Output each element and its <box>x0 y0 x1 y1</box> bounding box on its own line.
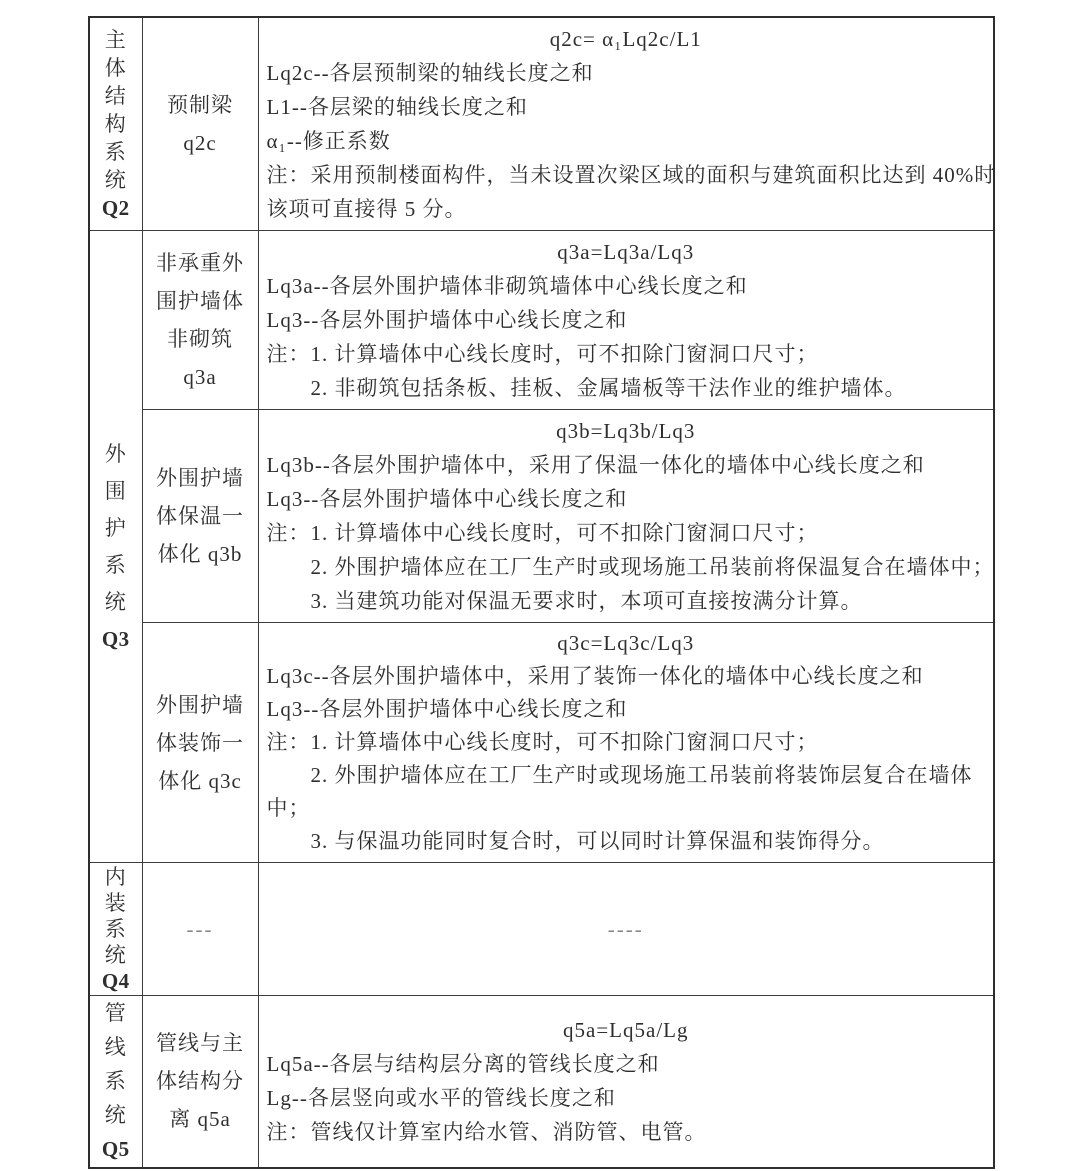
text-line: Q2 <box>90 194 142 222</box>
text-line: 构 <box>90 110 142 138</box>
cell-item-q3b: 外围护墙体保温一体化 q3b <box>142 410 258 623</box>
text-line: 体化 q3b <box>143 535 258 573</box>
cell-category-q3: 外围护系统Q3 <box>89 231 142 863</box>
text-line: 系 <box>90 138 142 166</box>
text-line: 注：1. 计算墙体中心线长度时，可不扣除门窗洞口尺寸； <box>267 726 986 759</box>
content-text-q5a: q5a=Lq5a/LgLq5a--各层与结构层分离的管线长度之和Lg--各层竖向… <box>267 1013 986 1149</box>
text-line: Lq3--各层外围护墙体中心线长度之和 <box>267 303 986 337</box>
text-line: 非砌筑 <box>143 320 258 358</box>
text-line: 统 <box>90 942 142 968</box>
cell-item-q3c: 外围护墙体装饰一体化 q3c <box>142 623 258 863</box>
table-row-q2c: 主体结构系统Q2 预制梁q2c q2c= α₁Lq2c/L1Lq2c--各层预制… <box>89 17 994 231</box>
text-line: 2. 外围护墙体应在工厂生产时或现场施工吊装前将保温复合在墙体中； <box>267 550 986 584</box>
content-text-q2c: q2c= α₁Lq2c/L1Lq2c--各层预制梁的轴线长度之和L1--各层梁的… <box>267 22 986 226</box>
text-line: q2c <box>143 124 258 162</box>
text-line: 该项可直接得 5 分。 <box>267 192 986 226</box>
text-line: 3. 与保温功能同时复合时，可以同时计算保温和装饰得分。 <box>267 825 986 858</box>
text-line: 3. 当建筑功能对保温无要求时，本项可直接按满分计算。 <box>267 584 986 618</box>
table-row-q3a: 外围护系统Q3 非承重外围护墙体非砌筑q3a q3a=Lq3a/Lq3Lq3a-… <box>89 231 994 410</box>
text-line: Lq3b--各层外围护墙体中，采用了保温一体化的墙体中心线长度之和 <box>267 448 986 482</box>
table-row-q4: 内装系统Q4 --- ---- <box>89 863 994 996</box>
text-line: 2. 非砌筑包括条板、挂板、金属墙板等干法作业的维护墙体。 <box>267 371 986 405</box>
cell-category-q5: 管线系统Q5 <box>89 996 142 1168</box>
cell-item-q4: --- <box>142 863 258 996</box>
content-text-q3b: q3b=Lq3b/Lq3Lq3b--各层外围护墙体中，采用了保温一体化的墙体中心… <box>267 414 986 618</box>
table-row-q3c: 外围护墙体装饰一体化 q3c q3c=Lq3c/Lq3Lq3c--各层外围护墙体… <box>89 623 994 863</box>
table-row-q5a: 管线系统Q5 管线与主体结构分离 q5a q5a=Lq5a/LgLq5a--各层… <box>89 996 994 1168</box>
cell-content-q5a: q5a=Lq5a/LgLq5a--各层与结构层分离的管线长度之和Lg--各层竖向… <box>258 996 994 1168</box>
cell-content-q3b: q3b=Lq3b/Lq3Lq3b--各层外围护墙体中，采用了保温一体化的墙体中心… <box>258 410 994 623</box>
text-line: q3c=Lq3c/Lq3 <box>267 627 986 660</box>
text-line: 体保温一 <box>143 497 258 535</box>
text-line: 管线与主 <box>143 1024 258 1062</box>
text-line: 体结构分 <box>143 1062 258 1100</box>
text-line: --- <box>143 910 258 948</box>
text-line: Lq3--各层外围护墙体中心线长度之和 <box>267 693 986 726</box>
text-line: 线 <box>90 1030 142 1064</box>
text-line: q2c= α₁Lq2c/L1 <box>267 22 986 56</box>
text-line: Lq5a--各层与结构层分离的管线长度之和 <box>267 1047 986 1081</box>
category-label-q3: 外围护系统Q3 <box>90 436 142 658</box>
text-line: Q4 <box>90 968 142 994</box>
text-line: Q5 <box>90 1132 142 1166</box>
text-line: 外 <box>90 436 142 473</box>
text-line: q3b=Lq3b/Lq3 <box>267 414 986 448</box>
text-line: 2. 外围护墙体应在工厂生产时或现场施工吊装前将装饰层复合在墙体 <box>267 759 986 792</box>
cell-item-q5a: 管线与主体结构分离 q5a <box>142 996 258 1168</box>
text-line: 结 <box>90 82 142 110</box>
text-line: Lq3a--各层外围护墙体非砌筑墙体中心线长度之和 <box>267 269 986 303</box>
text-line: 注：1. 计算墙体中心线长度时，可不扣除门窗洞口尺寸； <box>267 337 986 371</box>
text-line: 注：管线仅计算室内给水管、消防管、电管。 <box>267 1115 986 1149</box>
text-line: 外围护墙 <box>143 686 258 724</box>
text-line: q3a <box>143 358 258 396</box>
category-label-q4: 内装系统Q4 <box>90 864 142 994</box>
text-line: 体化 q3c <box>143 762 258 800</box>
content-text-q4: ---- <box>267 912 986 946</box>
item-label-q2c: 预制梁q2c <box>143 86 258 162</box>
text-line: 注：1. 计算墙体中心线长度时，可不扣除门窗洞口尺寸； <box>267 516 986 550</box>
text-line: 系 <box>90 547 142 584</box>
text-line: 预制梁 <box>143 86 258 124</box>
text-line: 离 q5a <box>143 1100 258 1138</box>
category-label-q2: 主体结构系统Q2 <box>90 26 142 222</box>
score-table: 主体结构系统Q2 预制梁q2c q2c= α₁Lq2c/L1Lq2c--各层预制… <box>88 16 995 1169</box>
cell-content-q3c: q3c=Lq3c/Lq3Lq3c--各层外围护墙体中，采用了装饰一体化的墙体中心… <box>258 623 994 863</box>
cell-content-q4: ---- <box>258 863 994 996</box>
text-line: Q3 <box>90 621 142 658</box>
text-line: Lq3--各层外围护墙体中心线长度之和 <box>267 482 986 516</box>
category-label-q5: 管线系统Q5 <box>90 996 142 1166</box>
cell-content-q2c: q2c= α₁Lq2c/L1Lq2c--各层预制梁的轴线长度之和L1--各层梁的… <box>258 17 994 231</box>
content-text-q3c: q3c=Lq3c/Lq3Lq3c--各层外围护墙体中，采用了装饰一体化的墙体中心… <box>267 627 986 858</box>
cell-category-q2: 主体结构系统Q2 <box>89 17 142 231</box>
text-line: 统 <box>90 584 142 621</box>
text-line: 围 <box>90 473 142 510</box>
cell-item-q2c: 预制梁q2c <box>142 17 258 231</box>
text-line: 护 <box>90 510 142 547</box>
text-line: 中； <box>267 792 986 825</box>
text-line: 管 <box>90 996 142 1030</box>
item-label-q3b: 外围护墙体保温一体化 q3b <box>143 459 258 573</box>
text-line: 主 <box>90 26 142 54</box>
text-line: Lg--各层竖向或水平的管线长度之和 <box>267 1081 986 1115</box>
text-line: Lq2c--各层预制梁的轴线长度之和 <box>267 56 986 90</box>
text-line: 注：采用预制楼面构件，当未设置次梁区域的面积与建筑面积比达到 40%时， <box>267 158 986 192</box>
table-row-q3b: 外围护墙体保温一体化 q3b q3b=Lq3b/Lq3Lq3b--各层外围护墙体… <box>89 410 994 623</box>
content-text-q3a: q3a=Lq3a/Lq3Lq3a--各层外围护墙体非砌筑墙体中心线长度之和Lq3… <box>267 235 986 405</box>
text-line: 系 <box>90 916 142 942</box>
cell-content-q3a: q3a=Lq3a/Lq3Lq3a--各层外围护墙体非砌筑墙体中心线长度之和Lq3… <box>258 231 994 410</box>
cell-category-q4: 内装系统Q4 <box>89 863 142 996</box>
text-line: 非承重外 <box>143 244 258 282</box>
text-line: L1--各层梁的轴线长度之和 <box>267 90 986 124</box>
text-line: 围护墙体 <box>143 282 258 320</box>
text-line: α₁--修正系数 <box>267 124 986 158</box>
text-line: 装 <box>90 890 142 916</box>
text-line: ---- <box>267 912 986 946</box>
text-line: 系 <box>90 1064 142 1098</box>
text-line: q3a=Lq3a/Lq3 <box>267 235 986 269</box>
item-label-q3c: 外围护墙体装饰一体化 q3c <box>143 686 258 800</box>
text-line: 统 <box>90 166 142 194</box>
text-line: Lq3c--各层外围护墙体中，采用了装饰一体化的墙体中心线长度之和 <box>267 660 986 693</box>
text-line: 统 <box>90 1098 142 1132</box>
text-line: 体 <box>90 54 142 82</box>
text-line: 体装饰一 <box>143 724 258 762</box>
item-label-q3a: 非承重外围护墙体非砌筑q3a <box>143 244 258 396</box>
text-line: 外围护墙 <box>143 459 258 497</box>
cell-item-q3a: 非承重外围护墙体非砌筑q3a <box>142 231 258 410</box>
item-label-q4: --- <box>143 910 258 948</box>
text-line: q5a=Lq5a/Lg <box>267 1013 986 1047</box>
item-label-q5a: 管线与主体结构分离 q5a <box>143 1024 258 1138</box>
document-page: 主体结构系统Q2 预制梁q2c q2c= α₁Lq2c/L1Lq2c--各层预制… <box>0 0 1080 1171</box>
text-line: 内 <box>90 864 142 890</box>
